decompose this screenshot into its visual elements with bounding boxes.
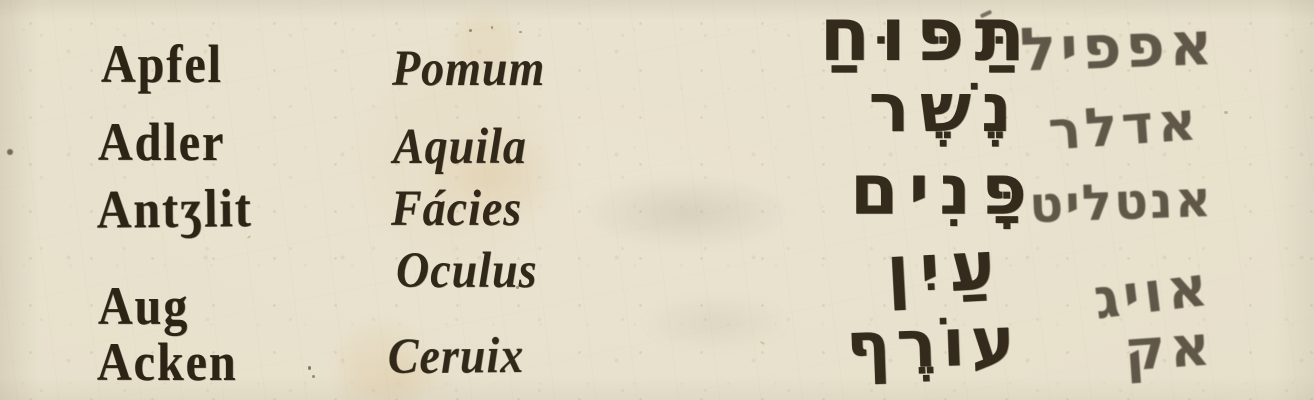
paper-fleck [760, 341, 765, 345]
bleed-through-stain [580, 175, 795, 250]
hebrew-term: עַיִן [885, 232, 1007, 306]
paper-fleck [1224, 111, 1228, 114]
bleed-through-stain [640, 295, 790, 350]
yiddish-term: אנטליט [1028, 174, 1214, 230]
german-term: Acken [97, 336, 238, 390]
scanned-glossary-page: Apfel Adler Antʒlit Aug Acken Pomum Aqui… [0, 0, 1314, 400]
yiddish-term: אדלר [1046, 94, 1202, 158]
yiddish-term: אק [1122, 318, 1216, 380]
german-term: Antʒlit [96, 182, 253, 238]
hebrew-term: פָּנִים [850, 155, 1037, 225]
ink-speck [469, 29, 472, 32]
latin-term: Oculus [396, 245, 537, 296]
ink-speck [519, 31, 522, 33]
hebrew-term: נֶשֶׁר [869, 75, 1022, 143]
yiddish-term: אפפיל [1019, 14, 1218, 81]
latin-term: Aquila [393, 121, 527, 172]
ink-speck [7, 149, 13, 155]
latin-term: Fácies [391, 183, 522, 234]
hebrew-term: עוֹרֶף [845, 308, 1022, 380]
ink-speck [308, 366, 311, 370]
german-term: Aug [98, 280, 189, 334]
latin-term: Ceruix [388, 330, 525, 382]
german-term: Apfel [101, 38, 223, 92]
ink-speck [312, 375, 315, 378]
german-term: Adler [98, 116, 225, 170]
hebrew-term: תַּפּוּחַ [820, 0, 1035, 72]
ink-speck [491, 26, 493, 29]
latin-term: Pomum [392, 43, 545, 94]
